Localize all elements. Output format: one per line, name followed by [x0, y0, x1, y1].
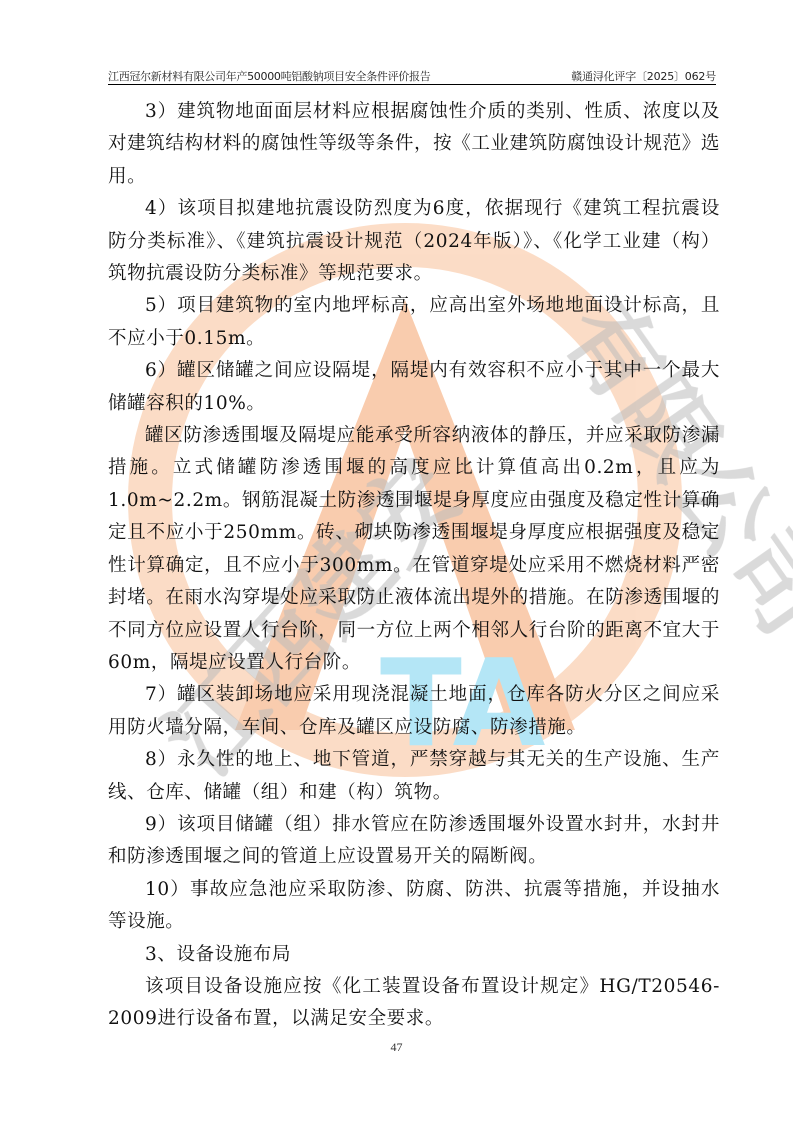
header-document-number: 赣通浔化评字〔2025〕062号 [571, 68, 716, 84]
paragraph-item-9: 9）该项目储罐（组）排水管应在防渗透围堰外设置水封井，水封井和防渗透围堰之间的管… [108, 809, 720, 874]
document-body: 3）建筑物地面面层材料应根据腐蚀性介质的类别、性质、浓度以及对建筑结构材料的腐蚀… [108, 96, 720, 1036]
paragraph-equipment-layout: 该项目设备设施应按《化工装置设备布置设计规定》HG/T20546-2009进行设… [108, 971, 720, 1036]
paragraph-item-7: 7）罐区装卸场地应采用现浇混凝土地面，仓库各防火分区之间应采用防火墙分隔，车间、… [108, 679, 720, 744]
page-header: 江西冠尔新材料有限公司年产50000吨铝酸钠项目安全条件评价报告 赣通浔化评字〔… [108, 66, 716, 85]
paragraph-item-10: 10）事故应急池应采取防渗、防腐、防洪、抗震等措施，并设抽水等设施。 [108, 874, 720, 939]
paragraph-item-5: 5）项目建筑物的室内地坪标高，应高出室外场地地面设计标高，且不应小于0.15m。 [108, 290, 720, 355]
paragraph-tank-dike: 罐区防渗透围堰及隔堤应能承受所容纳液体的静压，并应采取防渗漏措施。立式储罐防渗透… [108, 420, 720, 679]
header-report-title: 江西冠尔新材料有限公司年产50000吨铝酸钠项目安全条件评价报告 [108, 68, 430, 84]
paragraph-item-6: 6）罐区储罐之间应设隔堤，隔堤内有效容积不应小于其中一个最大储罐容积的10%。 [108, 355, 720, 420]
paragraph-item-3: 3）建筑物地面面层材料应根据腐蚀性介质的类别、性质、浓度以及对建筑结构材料的腐蚀… [108, 96, 720, 193]
page-number: 47 [0, 1040, 793, 1055]
paragraph-item-8: 8）永久性的地上、地下管道，严禁穿越与其无关的生产设施、生产线、仓库、储罐（组）… [108, 744, 720, 809]
paragraph-item-4: 4）该项目拟建地抗震设防烈度为6度，依据现行《建筑工程抗震设防分类标准》、《建筑… [108, 193, 720, 290]
section-heading-equipment-layout: 3、设备设施布局 [108, 939, 720, 971]
